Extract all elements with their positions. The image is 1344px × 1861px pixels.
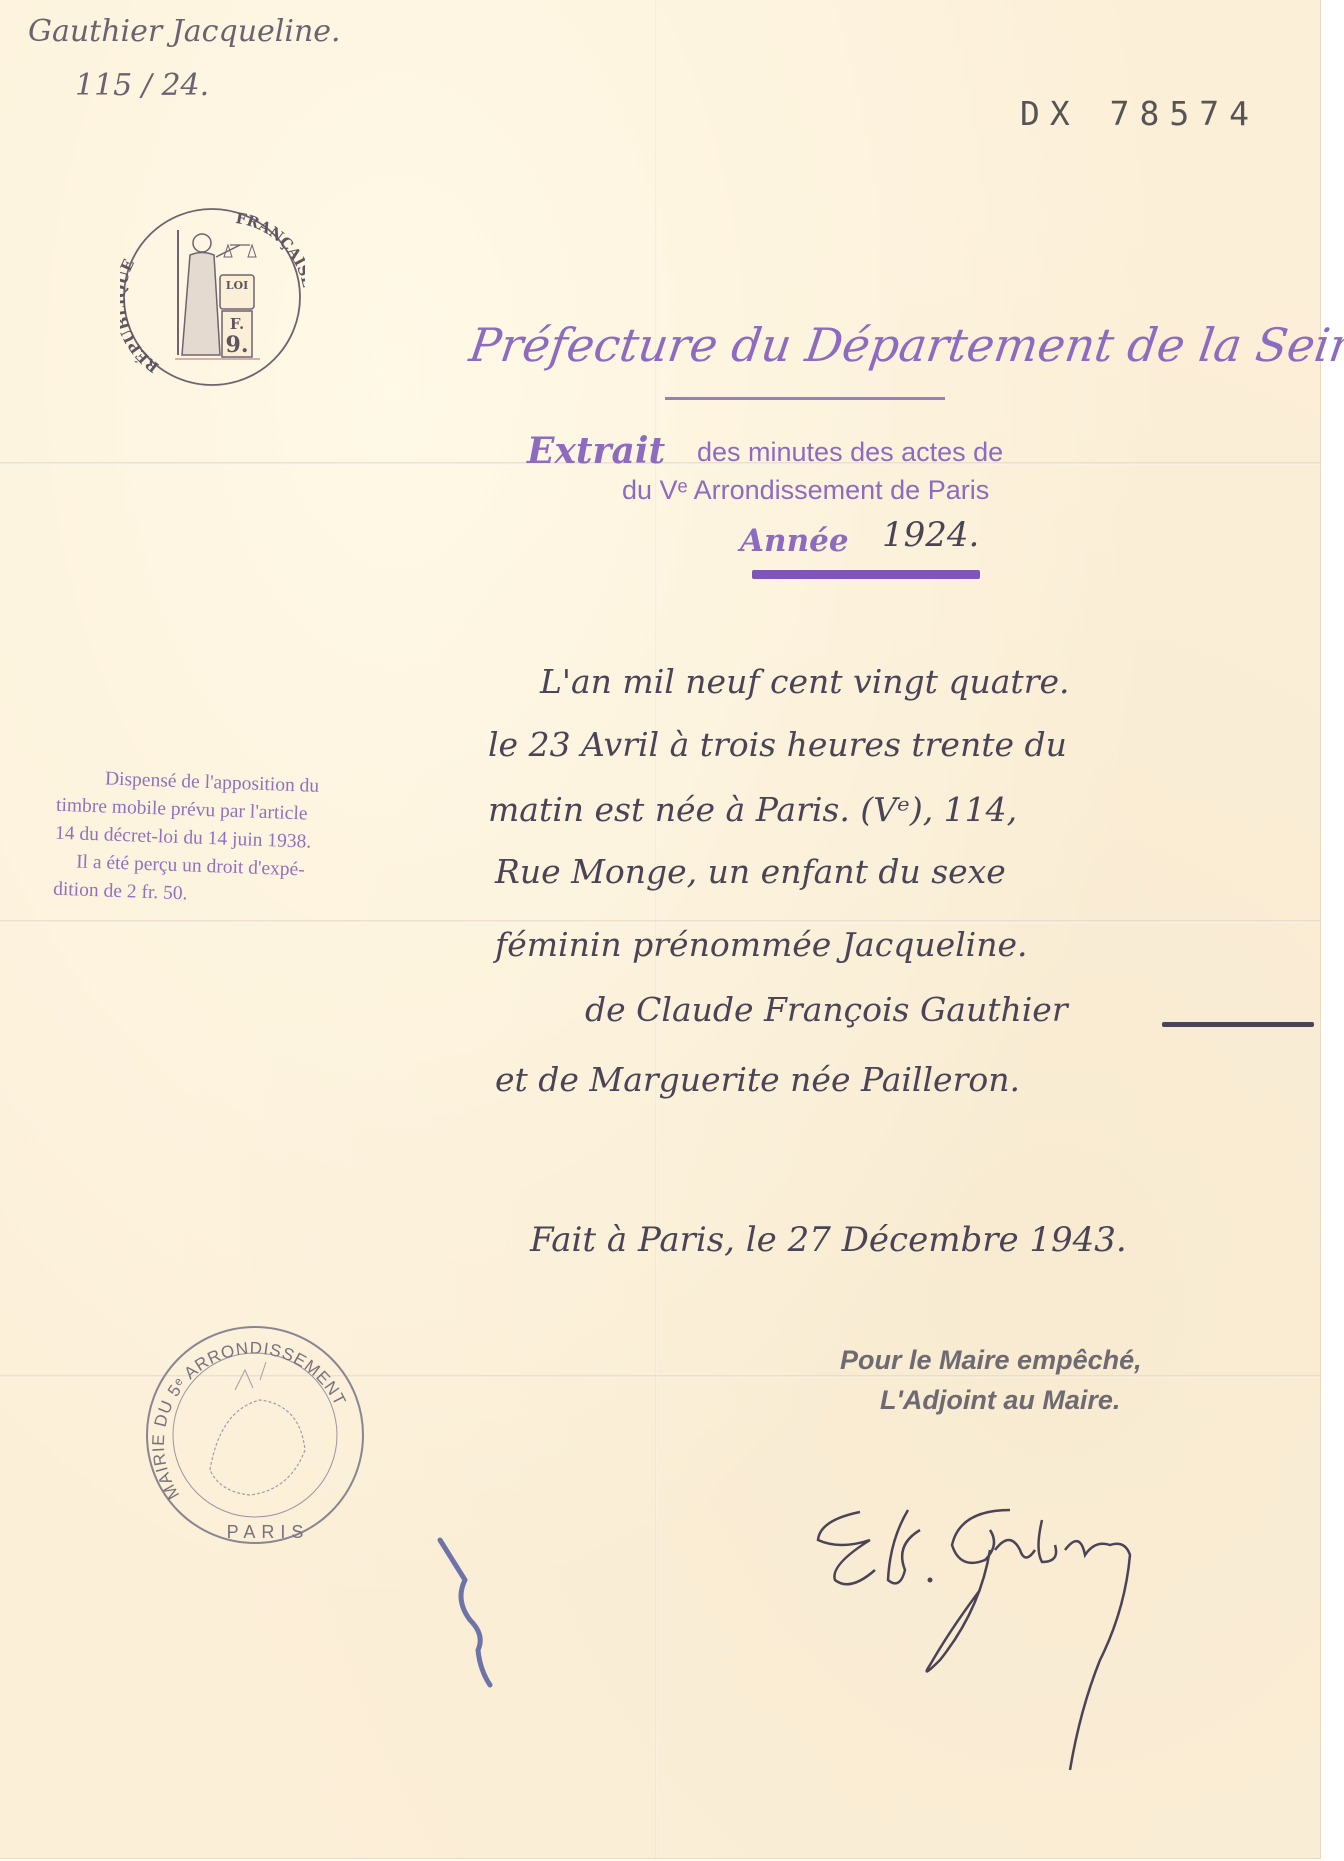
- stamp-duty-note: Dispensé de l'apposition du timbre mobil…: [53, 764, 418, 916]
- annee-label: Année: [740, 523, 849, 559]
- seal-legend-left: RÉPUBLIQUE: [120, 256, 162, 376]
- republique-francaise-tax-seal-icon: RÉPUBLIQUE FRANÇAISE LOI F. 9.: [120, 205, 305, 390]
- serial-number: DX 78574: [1020, 94, 1259, 133]
- document-paper: Gauthier Jacqueline. 115 / 24. DX 78574 …: [0, 0, 1321, 1859]
- signatory-title-line1: Pour le Maire empêché,: [840, 1345, 1142, 1376]
- seal-value-line1: F.: [230, 315, 244, 333]
- annee-underline-bar: [752, 570, 980, 579]
- signature-icon: [780, 1470, 1160, 1770]
- fold-line: [0, 920, 1320, 923]
- annotation-name: Gauthier Jacqueline.: [28, 14, 341, 49]
- seal-legend: MAIRIE DU 5ᵉ ARRONDISSEMENT: [149, 1339, 350, 1503]
- body-line: et de Marguerite née Pailleron.: [495, 1060, 1020, 1099]
- extrait-subtitle: des minutes des actes de: [697, 437, 1003, 468]
- pencil-mark-icon: [430, 1520, 510, 1690]
- body-line: le 23 Avril à trois heures trente du: [488, 725, 1067, 764]
- body-line: Rue Monge, un enfant du sexe: [495, 852, 1006, 891]
- seal-tablet-text: LOI: [226, 279, 248, 292]
- surname-underline: [1162, 1022, 1314, 1027]
- arrondissement-line: du Vᵉ Arrondissement de Paris: [622, 475, 989, 506]
- signatory-title-line2: L'Adjoint au Maire.: [880, 1385, 1120, 1416]
- mairie-seal-icon: MAIRIE DU 5ᵉ ARRONDISSEMENT PARIS: [140, 1320, 370, 1550]
- annee-value: 1924.: [882, 515, 979, 555]
- heading-rule: [665, 397, 945, 400]
- body-line: matin est née à Paris. (Vᵉ), 114,: [488, 790, 1017, 829]
- svg-text:MAIRIE DU 5ᵉ ARRONDISSEMENT: MAIRIE DU 5ᵉ ARRONDISSEMENT: [149, 1339, 350, 1503]
- extrait-word: Extrait: [527, 430, 665, 472]
- annotation-reference: 115 / 24.: [75, 68, 209, 103]
- prefecture-heading: Préfecture du Département de la Seine: [466, 318, 1344, 372]
- body-line: de Claude François Gauthier: [585, 990, 1068, 1029]
- body-line: L'an mil neuf cent vingt quatre.: [540, 662, 1069, 701]
- svg-text:RÉPUBLIQUE: RÉPUBLIQUE: [120, 256, 162, 376]
- seal-city: PARIS: [227, 1522, 310, 1542]
- seal-value-line2: 9.: [226, 332, 249, 358]
- place-date-line: Fait à Paris, le 27 Décembre 1943.: [530, 1220, 1127, 1260]
- body-line: féminin prénommée Jacqueline.: [495, 925, 1028, 964]
